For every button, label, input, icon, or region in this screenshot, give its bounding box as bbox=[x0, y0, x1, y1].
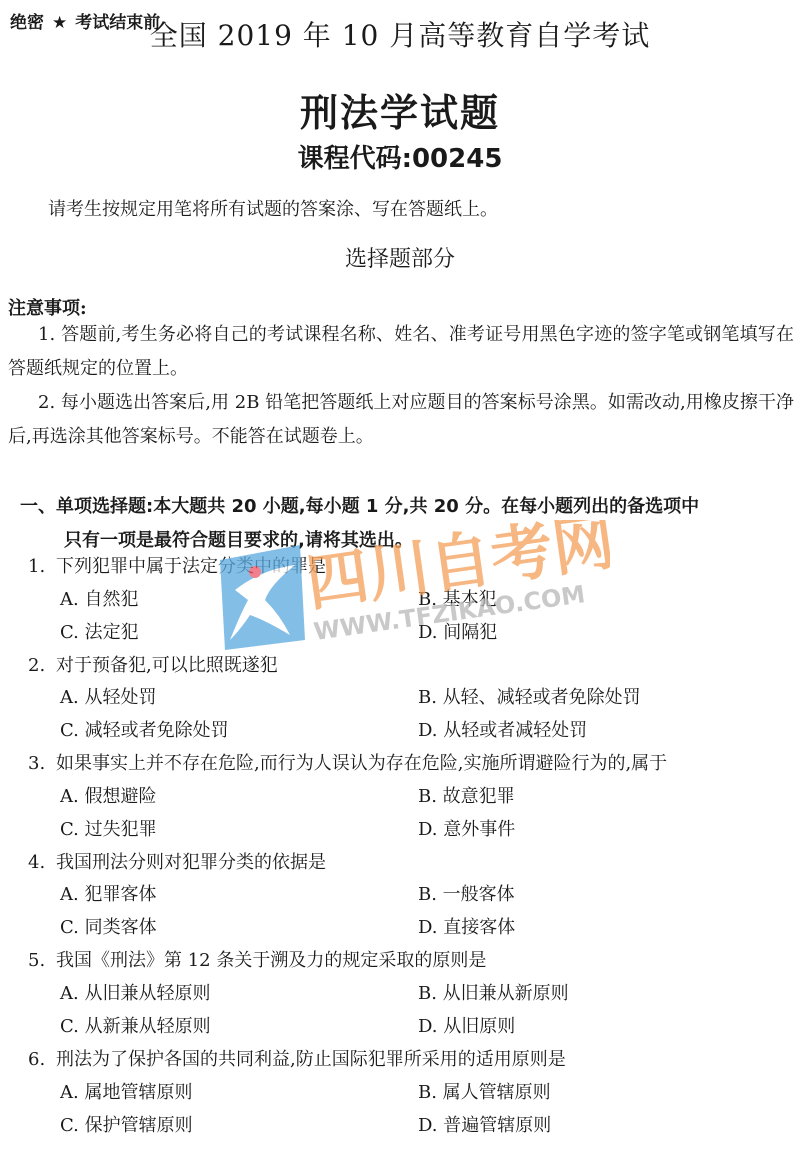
question-2: 2.对于预备犯,可以比照既遂犯 bbox=[28, 651, 278, 677]
question-text: 我国《刑法》第 12 条关于溯及力的规定采取的原则是 bbox=[56, 950, 486, 971]
question-text: 刑法为了保护各国的共同利益,防止国际犯罪所采用的适用原则是 bbox=[56, 1049, 566, 1070]
option-4a: A. 犯罪客体 bbox=[60, 880, 156, 906]
option-5b: B. 从旧兼从新原则 bbox=[418, 979, 569, 1005]
option-4b: B. 一般客体 bbox=[418, 880, 515, 906]
option-3c: C. 过失犯罪 bbox=[60, 815, 157, 841]
option-4c: C. 同类客体 bbox=[60, 913, 157, 939]
exam-title: 全国 2019 年 10 月高等教育自学考试 bbox=[0, 14, 800, 54]
note-item: 2. 每小题选出答案后,用 2B 铅笔把答题纸上对应题目的答案标号涂黑。如需改动… bbox=[8, 386, 794, 454]
question-number: 3. bbox=[28, 753, 56, 774]
note-item: 1. 答题前,考生务必将自己的考试课程名称、姓名、准考证号用黑色字迹的签字笔或钢… bbox=[8, 318, 794, 386]
option-1b: B. 基本犯 bbox=[418, 585, 497, 611]
option-5c: C. 从新兼从轻原则 bbox=[60, 1012, 211, 1038]
section-title: 选择题部分 bbox=[0, 242, 800, 273]
option-2d: D. 从轻或者减轻处罚 bbox=[418, 716, 587, 742]
option-3a: A. 假想避险 bbox=[60, 782, 156, 808]
course-code: 课程代码:00245 bbox=[0, 138, 800, 175]
option-2b: B. 从轻、减轻或者免除处罚 bbox=[418, 683, 641, 709]
question-text: 我国刑法分则对犯罪分类的依据是 bbox=[56, 852, 326, 873]
question-number: 1. bbox=[28, 556, 56, 577]
option-1c: C. 法定犯 bbox=[60, 618, 139, 644]
option-2c: C. 减轻或者免除处罚 bbox=[60, 716, 229, 742]
option-6c: C. 保护管辖原则 bbox=[60, 1111, 193, 1137]
part-one-line1: 一、单项选择题:本大题共 20 小题,每小题 1 分,共 20 分。在每小题列出… bbox=[20, 496, 699, 517]
question-4: 4.我国刑法分则对犯罪分类的依据是 bbox=[28, 848, 326, 874]
question-text: 对于预备犯,可以比照既遂犯 bbox=[56, 655, 278, 676]
question-3: 3.如果事实上并不存在危险,而行为人误认为存在危险,实施所谓避险行为的,属于 bbox=[28, 749, 667, 775]
option-6d: D. 普遍管辖原则 bbox=[418, 1111, 551, 1137]
part-one-heading: 一、单项选择题:本大题共 20 小题,每小题 1 分,共 20 分。在每小题列出… bbox=[20, 490, 790, 558]
option-4d: D. 直接客体 bbox=[418, 913, 515, 939]
option-6b: B. 属人管辖原则 bbox=[418, 1078, 551, 1104]
option-3b: B. 故意犯罪 bbox=[418, 782, 515, 808]
question-1: 1.下列犯罪中属于法定分类中的罪是 bbox=[28, 552, 326, 578]
question-number: 2. bbox=[28, 655, 56, 676]
question-text: 如果事实上并不存在危险,而行为人误认为存在危险,实施所谓避险行为的,属于 bbox=[56, 753, 667, 774]
notes-title: 注意事项: bbox=[8, 294, 87, 320]
option-2a: A. 从轻处罚 bbox=[60, 683, 156, 709]
subject-title: 刑法学试题 bbox=[0, 82, 800, 137]
question-5: 5.我国《刑法》第 12 条关于溯及力的规定采取的原则是 bbox=[28, 946, 486, 972]
question-text: 下列犯罪中属于法定分类中的罪是 bbox=[56, 556, 326, 577]
question-number: 6. bbox=[28, 1049, 56, 1070]
option-5a: A. 从旧兼从轻原则 bbox=[60, 979, 210, 1005]
option-1d: D. 间隔犯 bbox=[418, 618, 497, 644]
instruction: 请考生按规定用笔将所有试题的答案涂、写在答题纸上。 bbox=[48, 195, 498, 221]
option-6a: A. 属地管辖原则 bbox=[60, 1078, 192, 1104]
option-3d: D. 意外事件 bbox=[418, 815, 515, 841]
option-5d: D. 从旧原则 bbox=[418, 1012, 515, 1038]
question-6: 6.刑法为了保护各国的共同利益,防止国际犯罪所采用的适用原则是 bbox=[28, 1045, 566, 1071]
option-1a: A. 自然犯 bbox=[60, 585, 138, 611]
question-number: 5. bbox=[28, 950, 56, 971]
question-number: 4. bbox=[28, 852, 56, 873]
